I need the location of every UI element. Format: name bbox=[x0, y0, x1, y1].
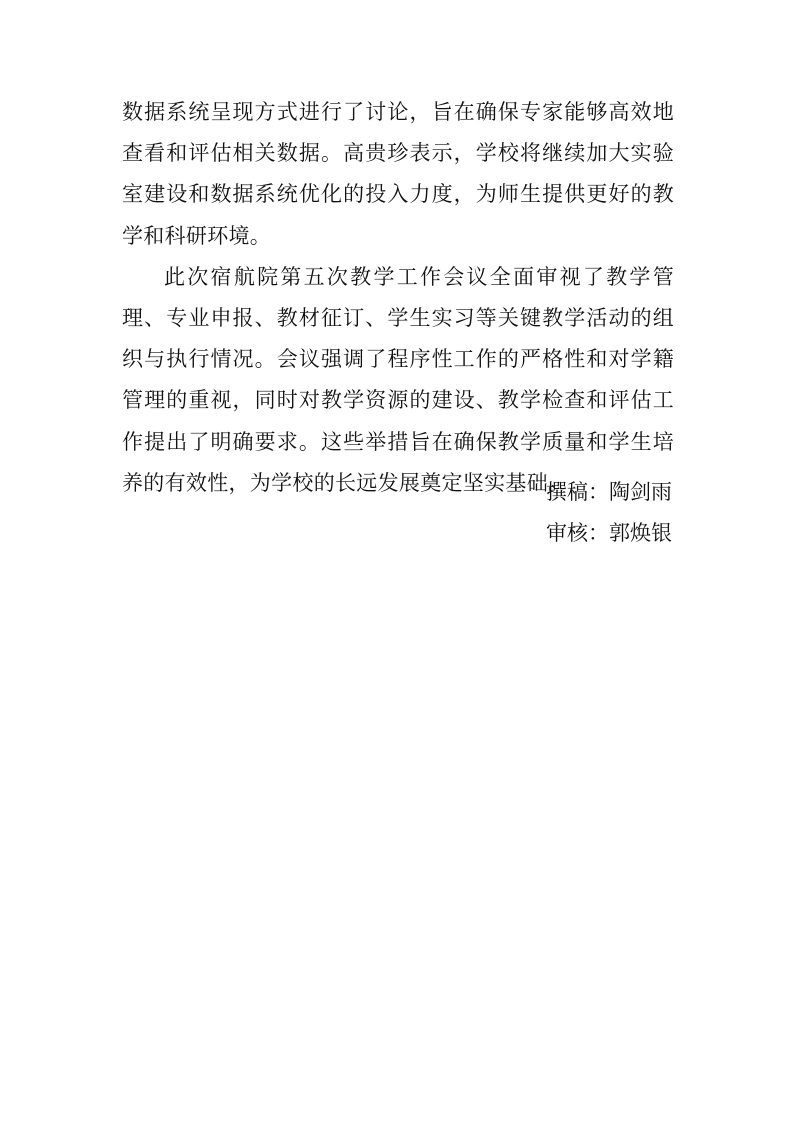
author-credit: 撰稿：陶剑雨 bbox=[122, 472, 672, 513]
paragraph-data-system-discussion: 数据系统呈现方式进行了讨论，旨在确保专家能够高效地查看和评估相关数据。高贵珍表示… bbox=[122, 92, 674, 257]
document-page: 数据系统呈现方式进行了讨论，旨在确保专家能够高效地查看和评估相关数据。高贵珍表示… bbox=[0, 0, 793, 1122]
paragraph-meeting-summary: 此次宿航院第五次教学工作会议全面审视了教学管理、专业申报、教材征订、学生实习等关… bbox=[122, 257, 674, 504]
document-body: 数据系统呈现方式进行了讨论，旨在确保专家能够高效地查看和评估相关数据。高贵珍表示… bbox=[122, 92, 674, 504]
signature-block: 撰稿：陶剑雨 审核：郭焕银 bbox=[122, 472, 672, 554]
reviewer-credit: 审核：郭焕银 bbox=[122, 513, 672, 554]
